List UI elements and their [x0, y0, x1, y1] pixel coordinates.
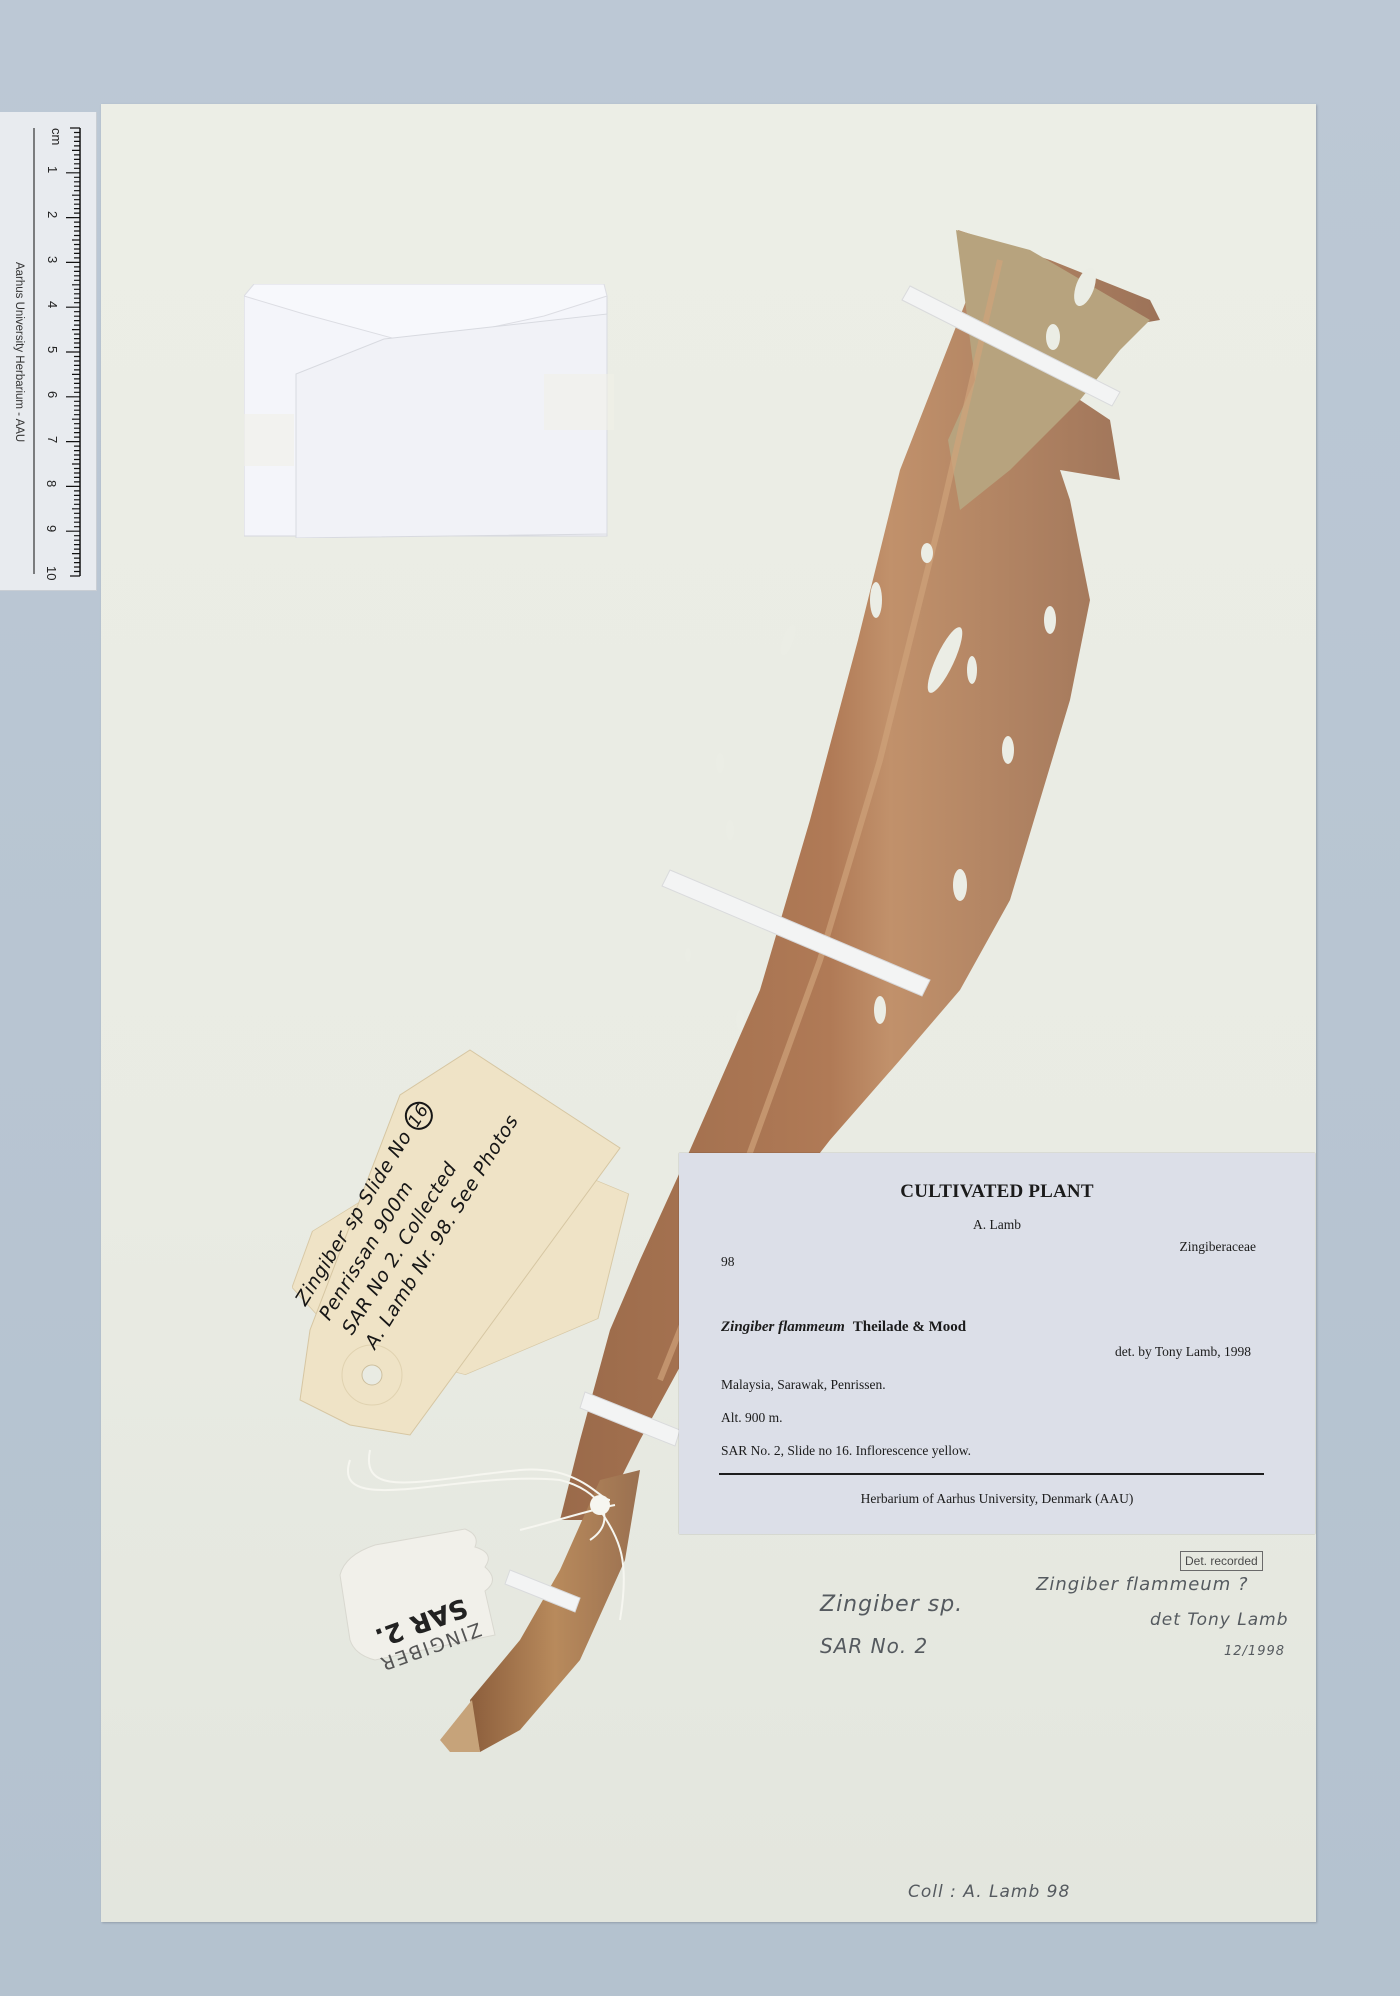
- label-family: Zingiberaceae: [1180, 1239, 1256, 1255]
- det-annotation-taxon: Zingiber flammeum ?: [1036, 1574, 1249, 1595]
- specimen-label: CULTIVATED PLANT A. Lamb Zingiberaceae 9…: [679, 1153, 1315, 1534]
- label-notes: SAR No. 2, Slide no 16. Inflorescence ye…: [721, 1443, 971, 1459]
- label-institution: Herbarium of Aarhus University, Denmark …: [679, 1491, 1315, 1507]
- label-title: CULTIVATED PLANT: [679, 1181, 1315, 1203]
- sheet-note-sar: SAR No. 2: [820, 1634, 928, 1658]
- label-altitude: Alt. 900 m.: [721, 1410, 783, 1426]
- collector-note: Coll : A. Lamb 98: [908, 1882, 1070, 1902]
- label-collection-number: 98: [721, 1254, 735, 1270]
- label-taxon-name: Zingiber flammeum: [721, 1319, 845, 1335]
- det-annotation-determiner: det Tony Lamb: [1150, 1610, 1288, 1630]
- det-annotation-date: 12/1998: [1224, 1644, 1285, 1659]
- label-taxon-author: Theilade & Mood: [853, 1319, 966, 1335]
- label-locality: Malaysia, Sarawak, Penrissen.: [721, 1377, 886, 1393]
- label-collector: A. Lamb: [679, 1217, 1315, 1233]
- det-recorded-stamp: Det. recorded: [1180, 1551, 1263, 1571]
- label-divider: [719, 1473, 1264, 1475]
- leaf-specimen: [0, 0, 1400, 1996]
- label-taxon: Zingiber flammeumTheilade & Mood: [721, 1319, 966, 1336]
- sheet-note-taxon: Zingiber sp.: [820, 1592, 963, 1617]
- label-determination: det. by Tony Lamb, 1998: [1115, 1344, 1251, 1360]
